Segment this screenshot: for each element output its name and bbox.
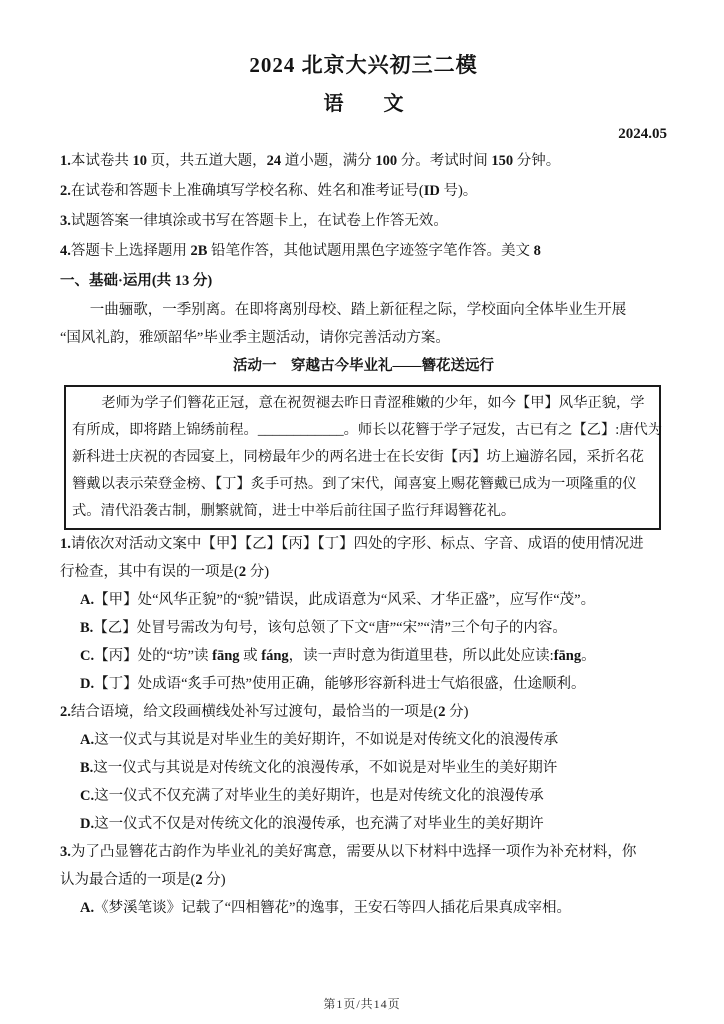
q2-option-b-text: 这一仪式与其说是对传统文化的浪漫传承，不如说是对毕业生的美好期许: [93, 760, 557, 776]
notice-1-text: 道小题，满分: [281, 153, 375, 169]
q1-stem-line-2: 行检查，其中有误的一项是(2 分): [60, 558, 667, 586]
intro-line-2-text: “国风礼韵，雅颂韶华”毕业季主题活动，请你完善活动方案。: [60, 330, 450, 346]
q1-option-c-text: 。: [581, 648, 596, 664]
q3-stem-line-2-text: 分): [203, 872, 226, 888]
section-heading: 一、基础·运用(共 13 分): [60, 266, 667, 296]
activity-text-box-line-5-text: 式。清代沿袭古制，删繁就简，进士中举后前往国子监行拜谒簪花礼。: [72, 503, 515, 519]
notice-4-text: 铅笔作答，其他试题用黑色字迹签字笔作答。美文: [207, 243, 533, 259]
q2-option-c-text: 这一仪式不仅充满了对毕业生的美好期许，也是对传统文化的浪漫传承: [94, 788, 544, 804]
document-body: 1.本试卷共 10 页，共五道大题，24 道小题，满分 100 分。考试时间 1…: [60, 146, 667, 922]
q1-option-c: C.【丙】处的“坊”读 fāng 或 fáng，读一声时意为街道里巷，所以此处应…: [60, 642, 667, 670]
q3-stem-line-2-text: 认为最合适的一项是(: [60, 872, 195, 888]
q2-option-b-text: B.: [80, 760, 93, 776]
q2-stem-text: 2.: [60, 704, 71, 720]
exam-paper-page: 2024 北京大兴初三二模 语 文 2024.05 1.本试卷共 10 页，共五…: [0, 0, 724, 1024]
q2-stem-text: 结合语境，给文段画横线处补写过渡句，最恰当的一项是(: [71, 704, 438, 720]
q2-option-d: D.这一仪式不仅是对传统文化的浪漫传承，也充满了对毕业生的美好期许: [60, 810, 667, 838]
q1-option-a-text: A.: [80, 592, 94, 608]
notice-2-text: 号)。: [440, 183, 477, 199]
notice-4-text: 答题卡上选择题用: [71, 243, 191, 259]
notice-1-text: 分。考试时间: [397, 153, 491, 169]
activity-text-box-line-2: 有所成，即将踏上锦绣前程。____________。师长以花簪于学子冠发，古已有…: [72, 417, 653, 444]
q1-stem-line-1-text: 请依次对活动文案中【甲】【乙】【丙】【丁】四处的字形、标点、字音、成语的使用情况…: [71, 536, 644, 552]
q3-option-a: A.《梦溪笔谈》记载了“四相簪花”的逸事，王安石等四人插花后果真成宰相。: [60, 894, 667, 922]
notice-2-text: ID: [424, 183, 440, 199]
q1-option-c-text: 【丙】处的“坊”读: [94, 648, 212, 664]
q2-option-b: B.这一仪式与其说是对传统文化的浪漫传承，不如说是对毕业生的美好期许: [60, 754, 667, 782]
page-footer: 第1页/共14页: [0, 995, 724, 1012]
notice-1-text: 150: [491, 153, 513, 169]
q1-option-b-text: 【乙】处冒号需改为句号，该句总领了下文“唐”“宋”“清”三个句子的内容。: [93, 620, 567, 636]
q3-option-a-text: 《梦溪笔谈》记载了“四相簪花”的逸事，王安石等四人插花后果真成宰相。: [94, 900, 571, 916]
q2-option-a-text: A.: [80, 732, 94, 748]
notice-2-text: 2.: [60, 183, 71, 199]
q3-option-a-text: A.: [80, 900, 94, 916]
q1-stem-line-2-text: 行检查，其中有误的一项是(: [60, 564, 239, 580]
q1-option-c-text: fáng: [261, 648, 288, 664]
notice-1-text: 100: [375, 153, 397, 169]
activity-text-box-line-4: 簪戴以表示荣登金榜、【丁】炙手可热。到了宋代，闻喜宴上赐花簪戴已成为一项隆重的仪: [72, 471, 653, 498]
activity-text-box-line-4-text: 簪戴以表示荣登金榜、【丁】炙手可热。到了宋代，闻喜宴上赐花簪戴已成为一项隆重的仪: [72, 476, 637, 492]
notice-1-text: 1.: [60, 153, 71, 169]
activity-heading-text: 活动一 穿越古今毕业礼——簪花送远行: [233, 358, 494, 374]
intro-line-1: 一曲骊歌，一季别离。在即将离别母校、踏上新征程之际，学校面向全体毕业生开展: [60, 296, 667, 324]
subject-title: 语 文: [60, 86, 667, 122]
exam-date: 2024.05: [60, 122, 667, 146]
notice-4: 4.答题卡上选择题用 2B 铅笔作答，其他试题用黑色字迹签字笔作答。美文 8: [60, 236, 667, 266]
notice-2-text: 在试卷和答题卡上准确填写学校名称、姓名和准考证号(: [71, 183, 424, 199]
notice-4-text: 4.: [60, 243, 71, 259]
q1-stem-line-2-text: 分): [246, 564, 269, 580]
q1-stem-line-1: 1.请依次对活动文案中【甲】【乙】【丙】【丁】四处的字形、标点、字音、成语的使用…: [60, 530, 667, 558]
exam-title: 2024 北京大兴初三二模: [60, 50, 667, 80]
notice-1-text: 本试卷共: [71, 153, 133, 169]
activity-text-box-line-2-text: 。师长以花簪于学子冠发，古已有之【乙】:唐代为: [344, 422, 663, 438]
activity-heading: 活动一 穿越古今毕业礼——簪花送远行: [60, 352, 667, 380]
notice-2: 2.在试卷和答题卡上准确填写学校名称、姓名和准考证号(ID 号)。: [60, 176, 667, 206]
q2-option-c-text: C.: [80, 788, 94, 804]
notice-3: 3.试题答案一律填涂或书写在答题卡上，在试卷上作答无效。: [60, 206, 667, 236]
activity-text-box-line-1: 老师为学子们簪花正冠，意在祝贺褪去昨日青涩稚嫩的少年，如今【甲】风华正貌，学: [72, 390, 653, 417]
notice-1-text: 24: [267, 153, 282, 169]
activity-text-box-line-2-text: 有所成，即将踏上锦绣前程。: [72, 422, 258, 438]
q1-option-c-text: fāng: [212, 648, 239, 664]
q1-option-a: A.【甲】处“风华正貌”的“貌”错误，此成语意为“风采、才华正盛”，应写作“茂”…: [60, 586, 667, 614]
activity-text-box-line-3-text: 新科进士庆祝的杏园宴上，同榜最年少的两名进士在长安街【丙】坊上遍游名园，采折名花: [72, 449, 644, 465]
activity-text-box-line-3: 新科进士庆祝的杏园宴上，同榜最年少的两名进士在长安街【丙】坊上遍游名园，采折名花: [72, 444, 653, 471]
q2-option-c: C.这一仪式不仅充满了对毕业生的美好期许，也是对传统文化的浪漫传承: [60, 782, 667, 810]
notice-1: 1.本试卷共 10 页，共五道大题，24 道小题，满分 100 分。考试时间 1…: [60, 146, 667, 176]
q2-option-a-text: 这一仪式与其说是对毕业生的美好期许，不如说是对传统文化的浪漫传承: [94, 732, 558, 748]
intro-line-1-text: 一曲骊歌，一季别离。在即将离别母校、踏上新征程之际，学校面向全体毕业生开展: [90, 302, 627, 318]
q1-option-d-text: 【丁】处成语“炙手可热”使用正确，能够形容新科进士气焰很盛，仕途顺利。: [94, 676, 585, 692]
activity-text-box-line-5: 式。清代沿袭古制，删繁就简，进士中举后前往国子监行拜谒簪花礼。: [72, 498, 653, 525]
q1-option-d-text: D.: [80, 676, 94, 692]
q1-option-c-text: ，读一声时意为街道里巷，所以此处应读:: [289, 648, 554, 664]
section-heading-text: 一、基础·运用(共 13 分): [60, 273, 212, 289]
notice-4-text: 2B: [191, 243, 208, 259]
q1-stem-line-1-text: 1.: [60, 536, 71, 552]
notice-1-text: 分钟。: [513, 153, 560, 169]
q2-stem: 2.结合语境，给文段画横线处补写过渡句，最恰当的一项是(2 分): [60, 698, 667, 726]
q2-option-a: A.这一仪式与其说是对毕业生的美好期许，不如说是对传统文化的浪漫传承: [60, 726, 667, 754]
q3-stem-line-2-text: 2: [195, 872, 202, 888]
notice-3-text: 试题答案一律填涂或书写在答题卡上，在试卷上作答无效。: [71, 213, 448, 229]
q1-option-d: D.【丁】处成语“炙手可热”使用正确，能够形容新科进士气焰很盛，仕途顺利。: [60, 670, 667, 698]
q1-option-b-text: B.: [80, 620, 93, 636]
activity-text-box-line-1-text: 老师为学子们簪花正冠，意在祝贺褪去昨日青涩稚嫩的少年，如今【甲】风华正貌，学: [101, 395, 644, 411]
q2-option-d-text: D.: [80, 816, 94, 832]
q1-option-c-text: 或: [240, 648, 262, 664]
notice-4-text: 8: [534, 243, 541, 259]
q3-stem-line-1-text: 3.: [60, 844, 71, 860]
q1-stem-line-2-text: 2: [239, 564, 246, 580]
notice-1-text: 页，共五道大题，: [147, 153, 267, 169]
q3-stem-line-1-text: 为了凸显簪花古韵作为毕业礼的美好寓意，需要从以下材料中选择一项作为补充材料，你: [71, 844, 637, 860]
q1-option-c-text: C.: [80, 648, 94, 664]
activity-text-box-line-2-text: ____________: [258, 422, 344, 438]
q3-stem-line-1: 3.为了凸显簪花古韵作为毕业礼的美好寓意，需要从以下材料中选择一项作为补充材料，…: [60, 838, 667, 866]
notice-1-text: 10: [133, 153, 148, 169]
q2-option-d-text: 这一仪式不仅是对传统文化的浪漫传承，也充满了对毕业生的美好期许: [94, 816, 544, 832]
q1-option-b: B.【乙】处冒号需改为句号，该句总领了下文“唐”“宋”“清”三个句子的内容。: [60, 614, 667, 642]
activity-text-box: 老师为学子们簪花正冠，意在祝贺褪去昨日青涩稚嫩的少年，如今【甲】风华正貌，学有所…: [64, 385, 661, 530]
q1-option-c-text: fāng: [554, 648, 581, 664]
q1-option-a-text: 【甲】处“风华正貌”的“貌”错误，此成语意为“风采、才华正盛”，应写作“茂”。: [94, 592, 595, 608]
notice-3-text: 3.: [60, 213, 71, 229]
q2-stem-text: 分): [445, 704, 468, 720]
q3-stem-line-2: 认为最合适的一项是(2 分): [60, 866, 667, 894]
intro-line-2: “国风礼韵，雅颂韶华”毕业季主题活动，请你完善活动方案。: [60, 324, 667, 352]
